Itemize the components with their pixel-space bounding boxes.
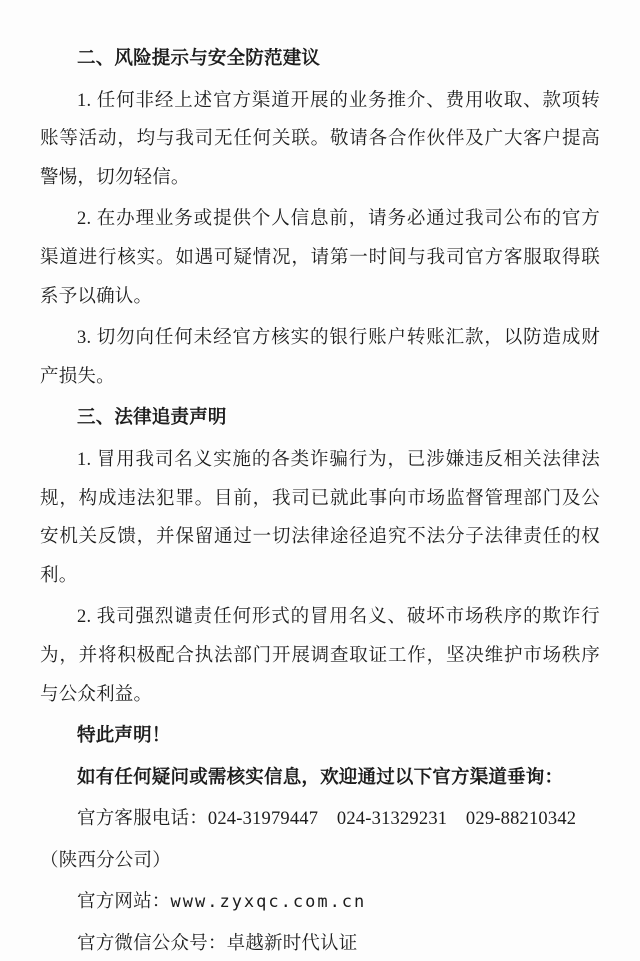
para-legal-2: 2. 我司强烈谴责任何形式的冒用名义、破坏市场秩序的欺诈行为，并将积极配合执法部… bbox=[40, 598, 600, 714]
para-risk-3: 3. 切勿向任何未经官方核实的银行账户转账汇款，以防造成财产损失。 bbox=[40, 319, 600, 396]
heading-legal-section: 三、法律追责声明 bbox=[40, 399, 600, 438]
para-risk-1: 1. 任何非经上述官方渠道开展的业务推介、费用收取、款项转账等活动，均与我司无任… bbox=[40, 82, 600, 198]
declaration-line: 特此声明！ bbox=[40, 717, 600, 756]
contact-phone-line: 官方客服电话：024-31979447 024-31329231 029-882… bbox=[40, 800, 600, 839]
website-url: www.zyxqc.com.cn bbox=[171, 892, 367, 912]
contact-intro-line: 如有任何疑问或需核实信息，欢迎通过以下官方渠道垂询： bbox=[40, 759, 600, 798]
document-page: 二、风险提示与安全防范建议 1. 任何非经上述官方渠道开展的业务推介、费用收取、… bbox=[0, 0, 640, 961]
para-legal-1: 1. 冒用我司名义实施的各类诈骗行为，已涉嫌违反相关法律法规，构成违法犯罪。目前… bbox=[40, 441, 600, 595]
contact-branch-line: （陕西分公司） bbox=[40, 842, 600, 881]
para-risk-2: 2. 在办理业务或提供个人信息前，请务必通过我司公布的官方渠道进行核实。如遇可疑… bbox=[40, 200, 600, 316]
website-label: 官方网站： bbox=[77, 892, 171, 912]
heading-risk-section: 二、风险提示与安全防范建议 bbox=[40, 40, 600, 79]
contact-website-line: 官方网站：www.zyxqc.com.cn bbox=[40, 883, 600, 922]
contact-wechat-line: 官方微信公众号：卓越新时代认证 bbox=[40, 925, 600, 961]
